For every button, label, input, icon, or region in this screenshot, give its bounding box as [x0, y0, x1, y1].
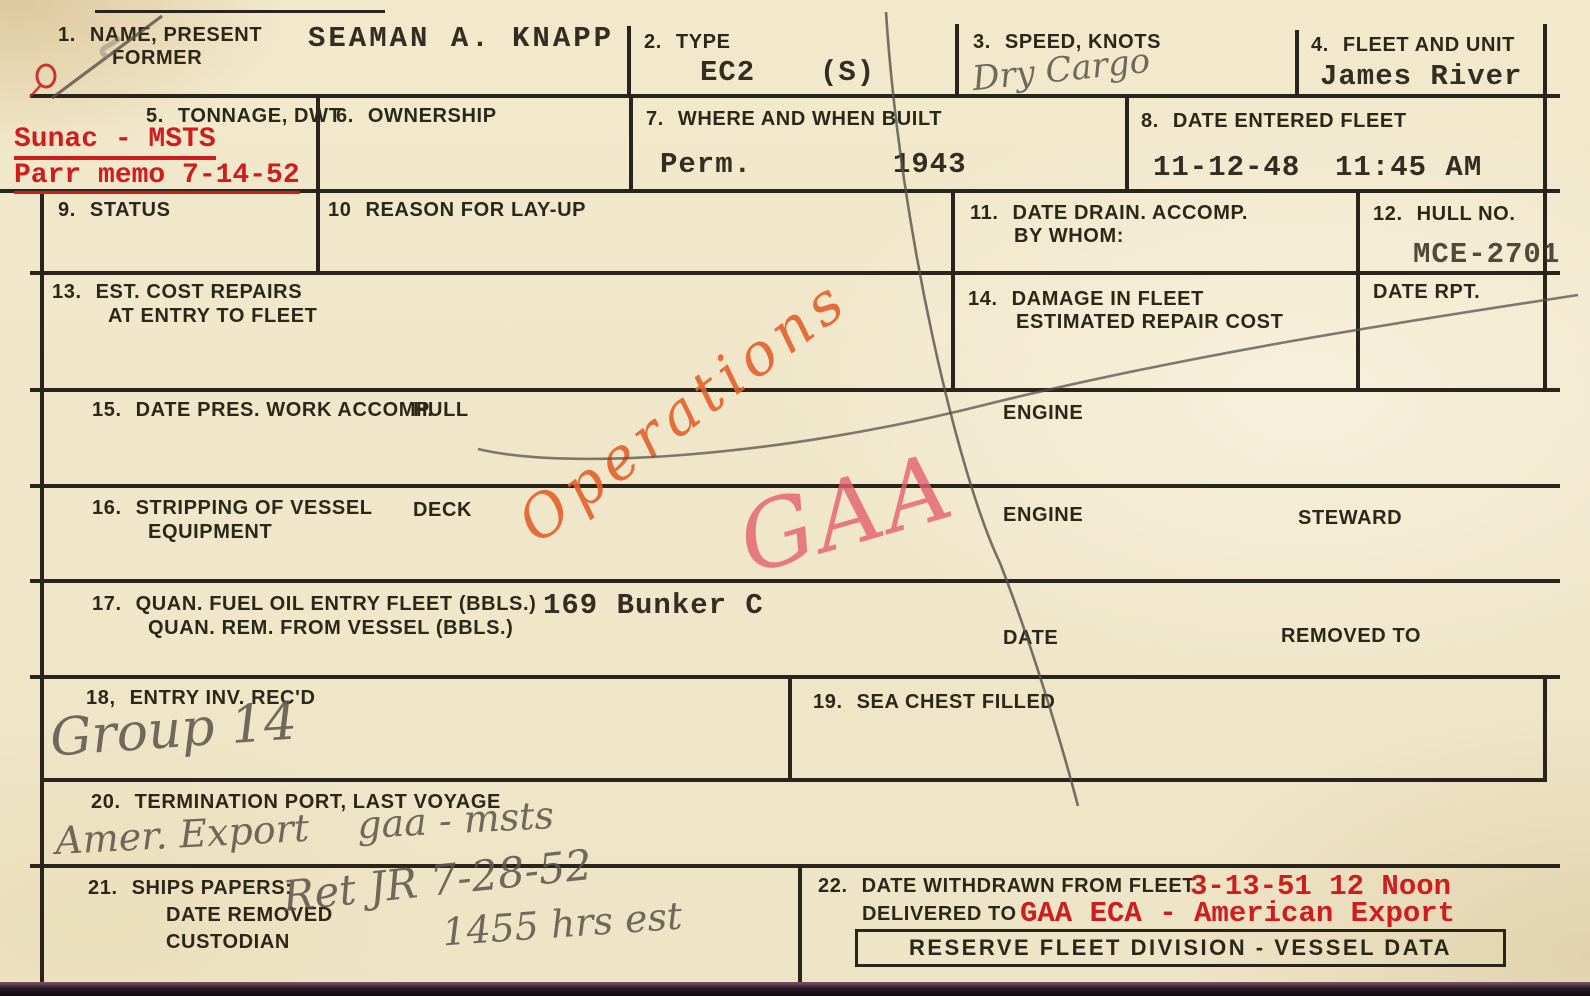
pencil-curve-stroke — [478, 295, 1578, 459]
red-check-mark — [37, 65, 55, 87]
pencil-strokes-overlay — [0, 0, 1590, 996]
vessel-data-card: 1.NAME, PRESENT FORMER SEAMAN A. KNAPP 2… — [0, 0, 1590, 996]
card-bottom-edge — [0, 982, 1590, 996]
pencil-diagonal-stroke — [886, 12, 1078, 806]
red-check-tail — [30, 86, 40, 97]
